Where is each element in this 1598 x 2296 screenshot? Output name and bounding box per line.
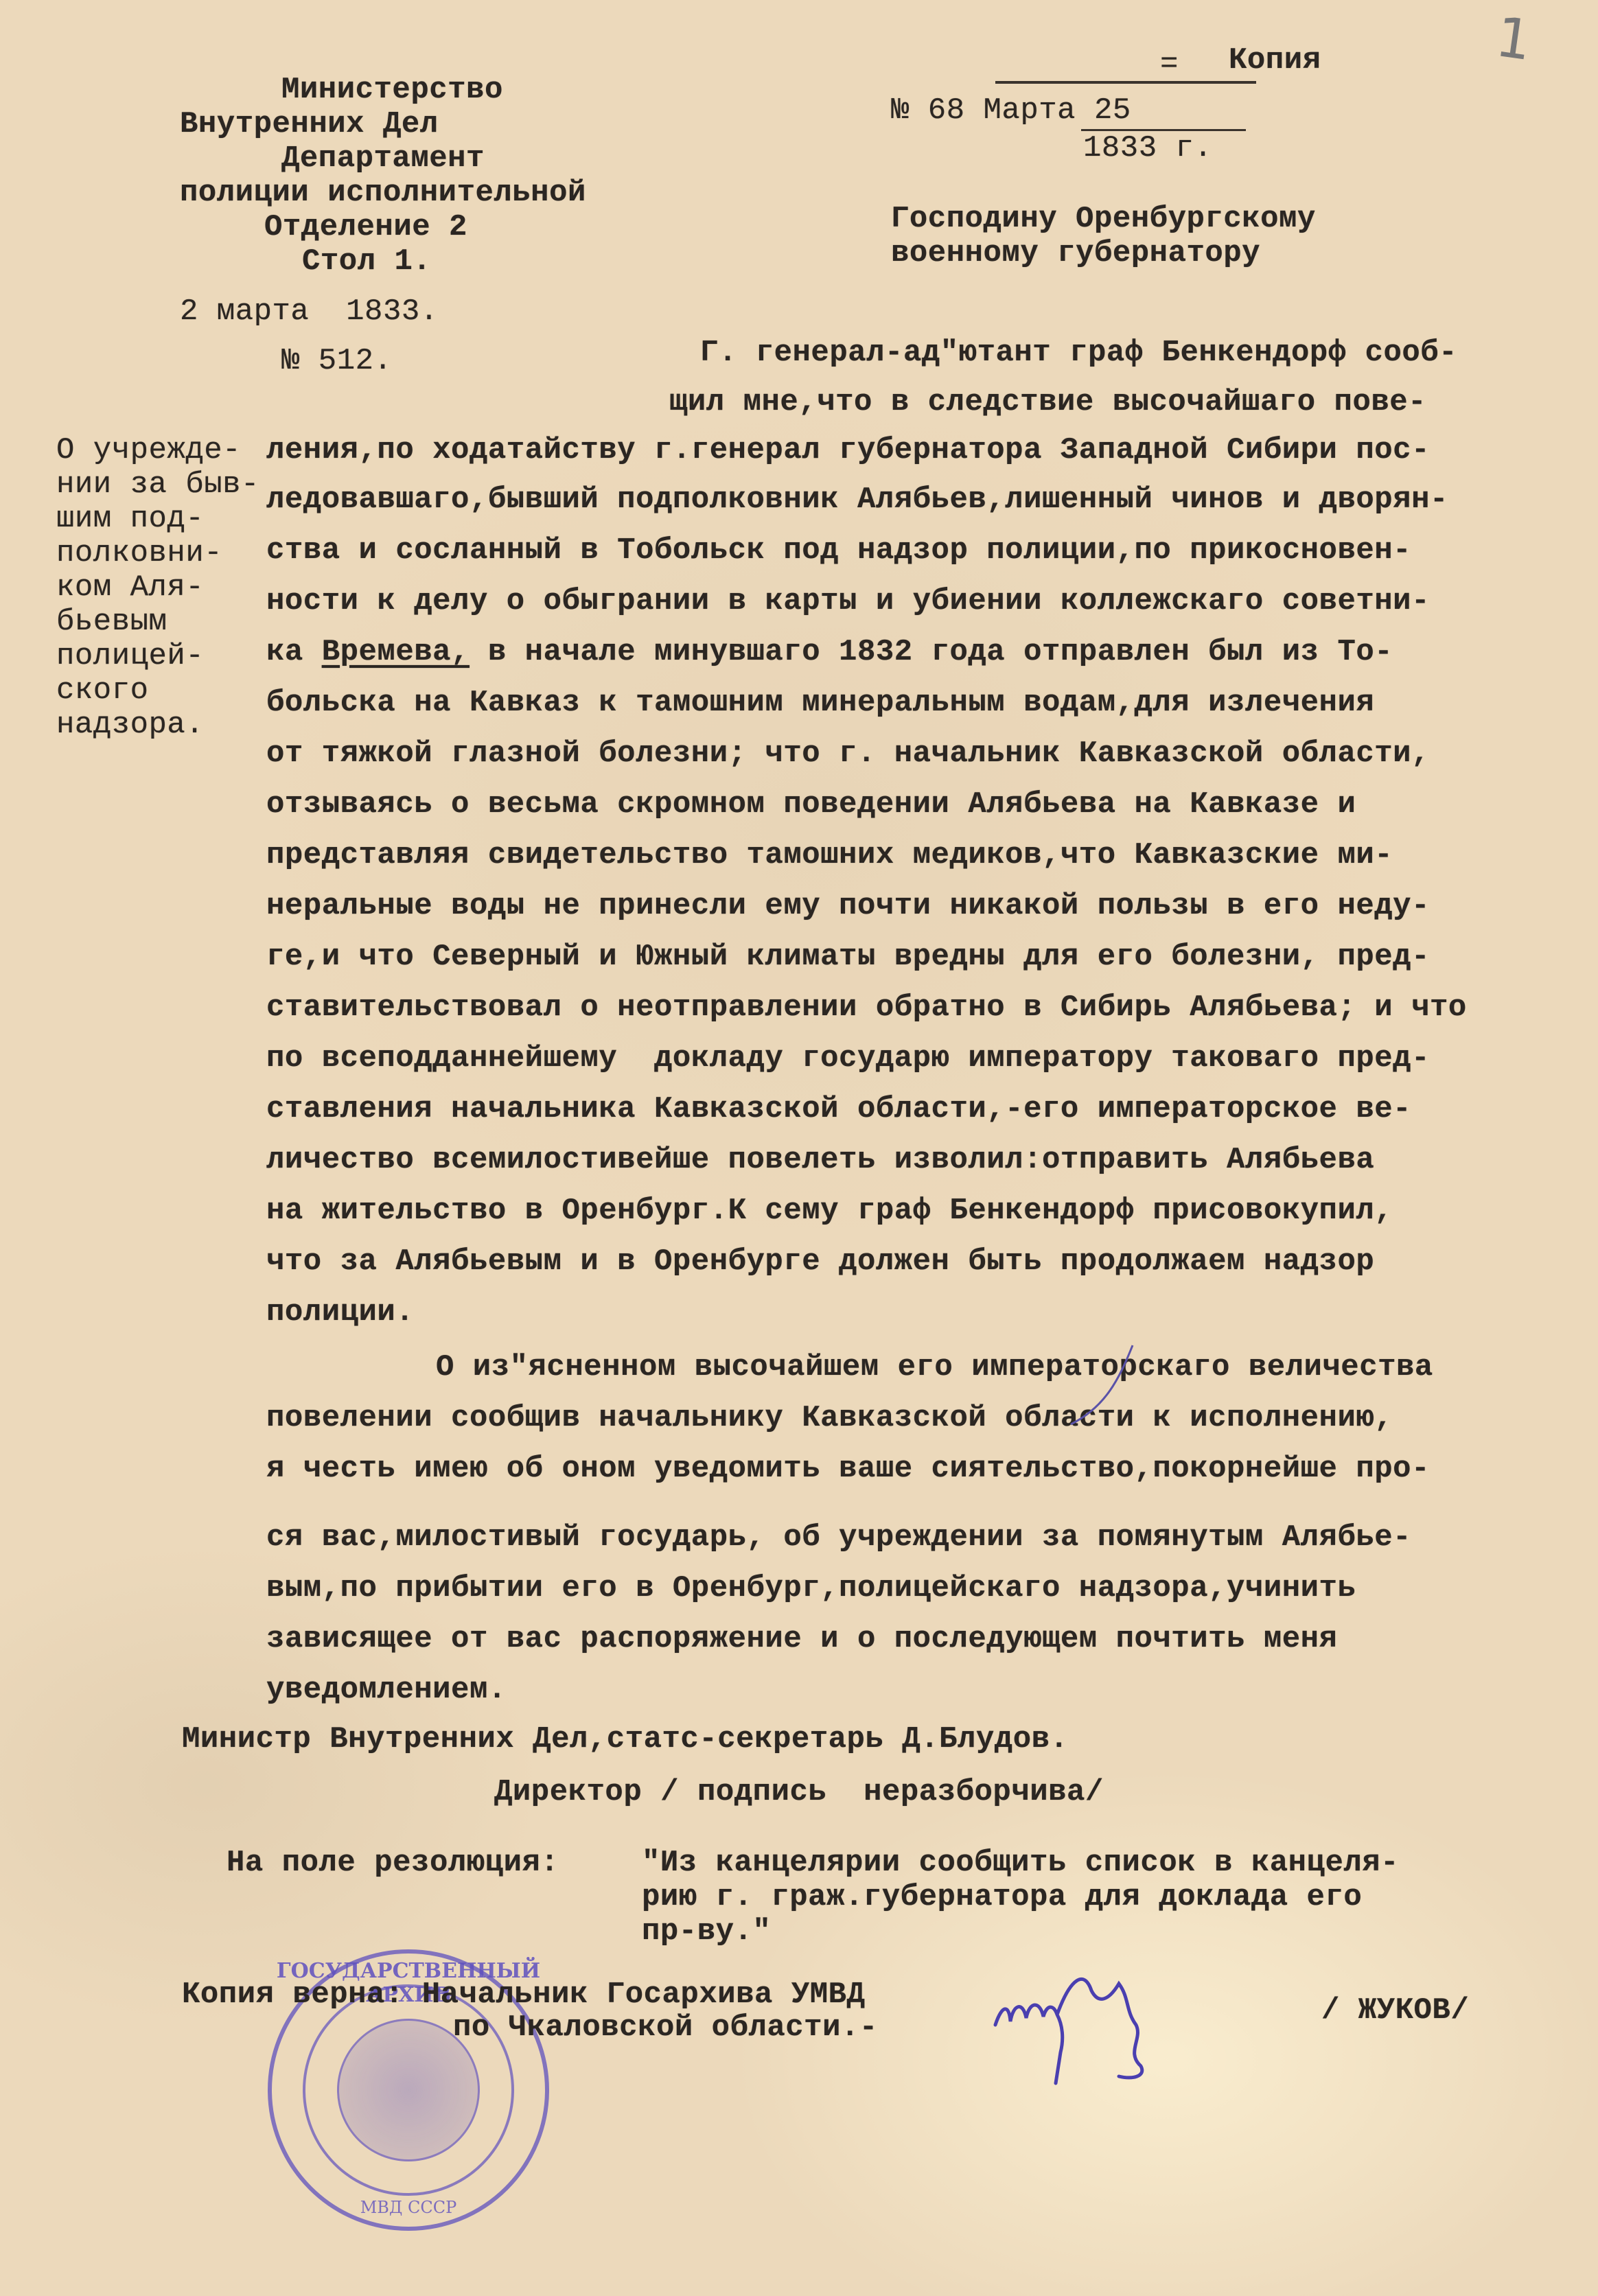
margin-note-line: надзора.	[56, 707, 204, 743]
copy-mark-underline	[995, 81, 1256, 84]
body-line: ности к делу о обыгрании в карты и убиен…	[266, 583, 1430, 619]
signer-name: / ЖУКОВ/	[1321, 1993, 1469, 2028]
resolution-line: рию г. граж.губернатора для доклада его	[642, 1879, 1362, 1915]
body-line: Г. генерал-ад"ютант граф Бенкендорф сооб…	[700, 335, 1457, 371]
resolution-line: "Из канцелярии сообщить список в канцеля…	[642, 1845, 1399, 1881]
certification-line: Копия верна: Начальник Госархива УМВД	[182, 1977, 865, 2013]
stamp-bottom-text: МВД СССР	[272, 2198, 545, 2217]
body-text: ка	[266, 635, 322, 669]
body-line: что за Алябьевым и в Оренбурге должен бы…	[266, 1244, 1374, 1279]
body-line: неральные воды не принесли ему почти ник…	[266, 888, 1430, 924]
body-text: в начале минувшаго 1832 года отправлен б…	[488, 635, 1393, 669]
margin-note-line: ком Аля-	[56, 570, 204, 605]
body-line: ставления начальника Кавказской области,…	[266, 1091, 1411, 1127]
department-line: Департамент	[281, 141, 485, 176]
body-line: щил мне,что в следствие высочайшаго пове…	[669, 384, 1426, 420]
handwritten-signature	[988, 1963, 1290, 2100]
resolution-label: На поле резолюция:	[227, 1845, 559, 1881]
margin-note-line: шим под-	[56, 501, 204, 537]
incoming-year: 1833 г.	[1083, 130, 1212, 166]
margin-note-line: бьевым	[56, 604, 167, 640]
body-line: зависящее от вас распоряжение и о послед…	[266, 1621, 1337, 1657]
addressee-line: военному губернатору	[891, 235, 1260, 271]
underlined-name: Времева,	[322, 635, 470, 669]
ministry-line: Министерство	[281, 72, 503, 108]
document-date: 2 марта 1833.	[180, 294, 439, 329]
copy-mark-label: Копия	[1229, 43, 1321, 78]
body-line: отзываясь о весьма скромном поведении Ал…	[266, 787, 1356, 822]
body-line: ледовавшаго,бывший подполковник Алябьев,…	[266, 482, 1448, 518]
copy-mark-prefix: =	[1160, 47, 1179, 82]
body-line: по всеподданнейшему докладу государю имп…	[266, 1041, 1430, 1076]
margin-note-line: полковни-	[56, 535, 222, 571]
body-line: повелении сообщив начальнику Кавказской …	[266, 1400, 1393, 1436]
desk-line: Стол 1.	[302, 244, 431, 279]
margin-note-line: ского	[56, 673, 149, 708]
pen-mark-icon	[1064, 1338, 1146, 1435]
director-signature: Директор / подпись неразборчива/	[494, 1774, 1104, 1810]
body-line: представляя свидетельство тамошних медик…	[266, 837, 1393, 873]
body-line: ства и сосланный в Тобольск под надзор п…	[266, 533, 1411, 568]
margin-note-line: нии за быв-	[56, 467, 259, 502]
body-line: ставительствовал о неотправлении обратно…	[266, 990, 1467, 1025]
section-line: Отделение 2	[264, 209, 467, 245]
body-line: личество всемилостивейше повелеть изволи…	[266, 1142, 1374, 1178]
addressee-line: Господину Оренбургскому	[891, 201, 1316, 237]
body-line: полиции.	[266, 1295, 414, 1330]
body-line: О из"ясненном высочайшем его императорск…	[436, 1349, 1433, 1385]
page-number: 1	[1492, 5, 1536, 73]
body-line: от тяжкой глазной болезни; что г. началь…	[266, 736, 1430, 772]
body-line: я честь имею об оном уведомить ваше сият…	[266, 1451, 1430, 1487]
ministry-line: Внутренних Дел	[180, 106, 439, 142]
certification-line: по Чкаловской области.-	[453, 2010, 878, 2045]
resolution-line: пр-ву."	[642, 1914, 771, 1949]
margin-note-line: полицей-	[56, 638, 204, 674]
outgoing-number: № 512.	[281, 343, 392, 379]
body-line: ся вас,милостивый государь, об учреждени…	[266, 1520, 1411, 1555]
body-line: больска на Кавказ к тамошним минеральным…	[266, 685, 1374, 721]
body-line: уведомлением.	[266, 1672, 507, 1708]
body-line: ка Времева, в начале минувшаго 1832 года…	[266, 634, 1393, 670]
margin-note-line: О учрежде-	[56, 432, 241, 468]
body-line: ления,по ходатайству г.генерал губернато…	[266, 432, 1430, 468]
minister-signature: Министр Внутренних Дел,статс-секретарь Д…	[182, 1721, 1068, 1757]
incoming-number: № 68 Марта 25	[891, 93, 1131, 128]
body-line: вым,по прибытии его в Оренбург,полицейск…	[266, 1570, 1356, 1606]
body-line: на жительство в Оренбург.К сему граф Бен…	[266, 1193, 1393, 1229]
body-line: ге,и что Северный и Южный климаты вредны…	[266, 939, 1430, 975]
department-line: полиции исполнительной	[180, 175, 586, 211]
